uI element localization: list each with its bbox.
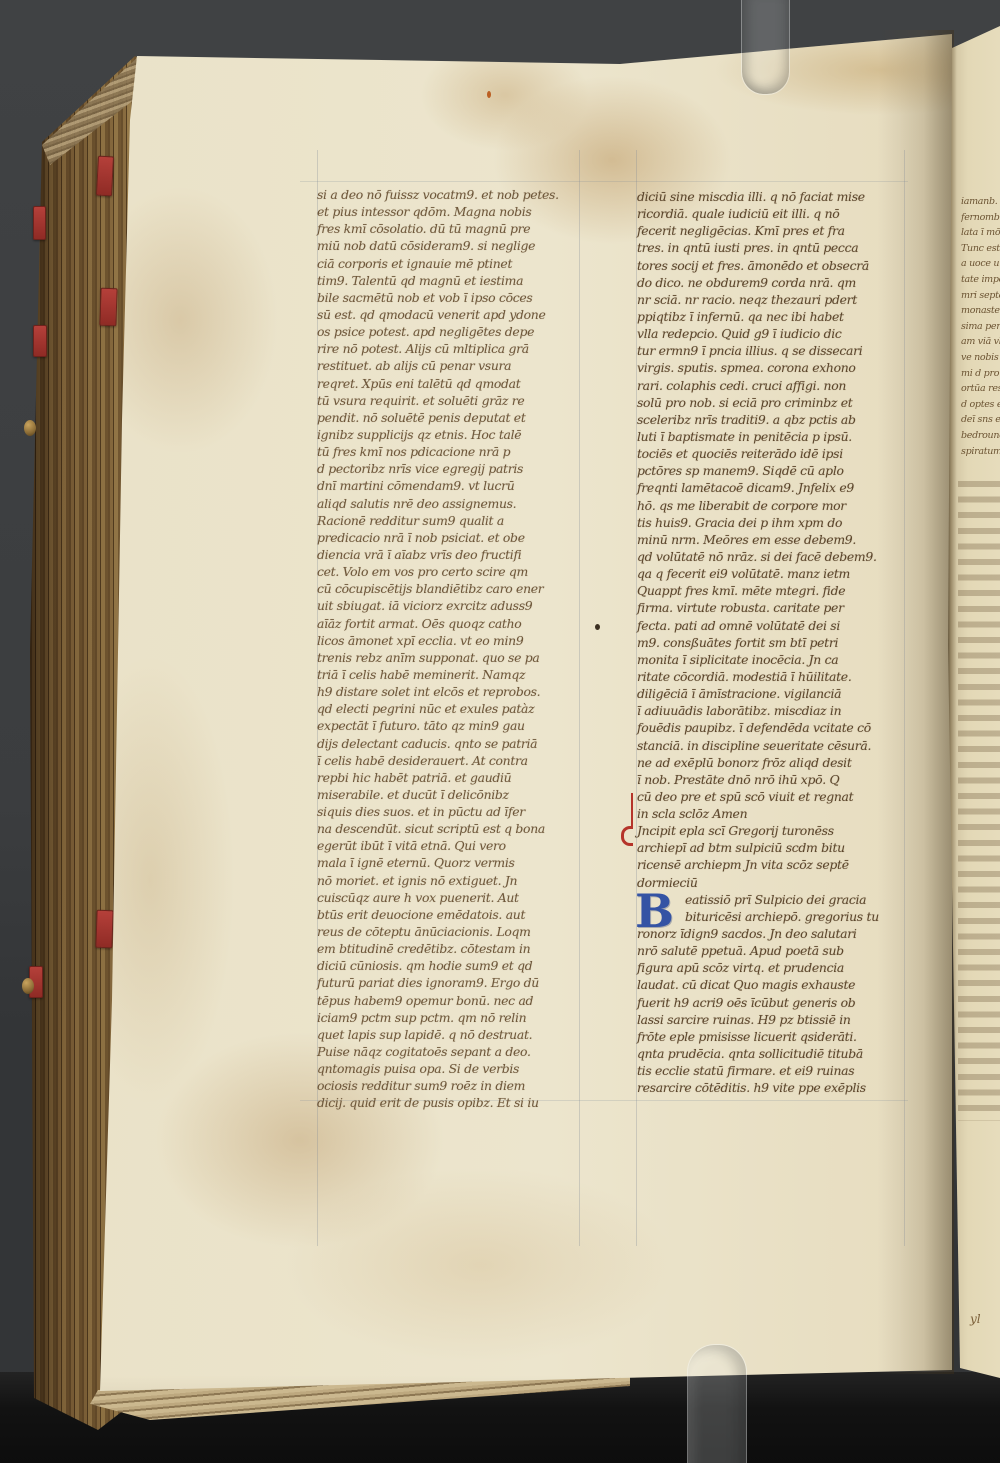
text-line: licos āmonet xpī ecclia. vt eo min9 [317,632,579,649]
text-line: tū fres kmī nos pdicacione nrā p [317,443,579,460]
text-line: diciū sine miscdia illi. q nō faciat mis… [637,188,907,205]
text-line: futurū pariat dies ignoram9. Ergo dū [317,974,579,991]
ink-speck [487,91,491,98]
text-line: lassi sarcire ruinas. H9 pz btissiē in [637,1011,907,1028]
text-line: tis ecclie statū firmare. et ei9 ruinas [637,1062,907,1079]
brass-clasp [24,420,36,436]
text-line: qa q fecerit ei9 volūtatē. manz ietm [637,565,907,582]
text-line: rari. colaphis cedi. cruci affigi. non [637,377,907,394]
right-column-body: diciū sine miscdia illi. q nō faciat mis… [637,188,907,822]
text-line: fernomb. h [961,210,1000,226]
text-line: fuerit h9 acri9 oēs īcūbut generis ob [637,994,907,1011]
text-line: na descendūt. sicut scriptū est q bona [317,820,579,837]
text-line: ignibz supplicijs qz etnis. Hoc talē [317,426,579,443]
paraph-mark-icon [621,826,633,846]
text-line: frōte eple pmisisse licuerit qsiderāti. [637,1028,907,1045]
text-line: iamanb. he [961,194,1000,210]
text-line: archiepī ad btm sulpiciū scdm bitu [637,839,907,856]
text-line: mala ī ignē eternū. Quorz vermis [317,854,579,871]
text-line: monasteriū [961,303,1000,319]
rubric-block: Jncipit epla scī Gregorij turonēssarchie… [637,822,907,891]
text-line: cet. Volo em vos pro certo scire qm [317,563,579,580]
text-line: et pius intessor qdōm. Magna nobis [317,203,579,220]
illuminated-initial: B [635,892,681,930]
text-line: tim9. Talentū qd magnū et iestima [317,272,579,289]
text-line: monita ī siplicitate inocēcia. Jn ca [637,651,907,668]
text-line: miū nob datū cōsideram9. si neglige [317,237,579,254]
text-line: predicacio nrā ī nob psiciat. et obe [317,529,579,546]
text-line: trenis rebz anīm supponat. quo se pa [317,649,579,666]
text-line: diligēciā ī āmīstracione. vigilanciā [637,685,907,702]
text-line: cuiscūqz aure h vox puenerit. Aut [317,889,579,906]
facing-page-text-fragments: iamanb. hefernomb. hlata ī mōniTunc est … [961,194,1000,459]
text-line: diciū cūniosis. qm hodie sum9 et qd [317,957,579,974]
text-line: repbi hic habēt patriā. et gaudiū [317,769,579,786]
text-line: dijs delectant caducis. qnto se patriā [317,735,579,752]
text-line: triā ī celis habē meminerit. Namqz [317,666,579,683]
bookmark-tab [95,910,113,949]
text-line: minū nrm. Meōres em esse debem9. [637,531,907,548]
text-line: lata ī mōni [961,225,1000,241]
incipit-block: B eatissiō prī Sulpicio dei graciabituri… [637,891,907,1097]
text-line: h9 distare solet int elcōs et reprobos. [317,683,579,700]
text-line: fecerit negligēcias. Kmī pres et fra [637,222,907,239]
text-line: ī celis habē desiderauert. At contra [317,752,579,769]
text-line: Puise nāqz cogitatoēs sepant a deo. [317,1043,579,1060]
text-line: do dico. ne obdurem9 corda nrā. qm [637,274,907,291]
text-line: deī sns est [961,412,1000,428]
marginal-scribble: yl [970,1312,981,1326]
text-line: uit sbiugat. iā viciorz exrcitz aduss9 [317,597,579,614]
right-text-column: diciū sine miscdia illi. q nō faciat mis… [637,188,907,1096]
text-line: dormieciū [637,874,907,891]
text-line: in scla sclōz Amen [637,805,907,822]
text-line: reus de cōteptu ānūciacionis. Loqm [317,923,579,940]
text-line: quet lapis sup lapidē. q nō destruat. [317,1026,579,1043]
text-line: qd volūtatē nō nrāz. si dei facē debem9. [637,548,907,565]
text-line: bile sacmētū nob et vob ī ipso cōces [317,289,579,306]
text-line: dnī martini cōmendam9. vt lucrū [317,477,579,494]
snake-weight-bottom[interactable] [687,1344,747,1463]
text-line: ne ad exēplū bonorz frōz aliqd desit [637,754,907,771]
text-line: tur ermn9 ī pncia illius. q se dissecari [637,342,907,359]
text-line: d optes exp [961,397,1000,413]
text-line: sima perlec [961,319,1000,335]
text-line: aīāz fortit armat. Oēs quoqz catho [317,615,579,632]
text-line: expectāt ī futuro. tāto qz min9 gau [317,717,579,734]
text-line: firma. virtute robusta. caritate per [637,599,907,616]
text-line: qd electi pegrini nūc et exules patàz [317,700,579,717]
text-line: nr sciā. nr racio. neqz thezauri pdert [637,291,907,308]
text-line: laudat. cū dicat Quo magis exhauste [637,976,907,993]
text-line: os psice potest. apd negligētes depe [317,323,579,340]
text-line: tores socij et fres. āmonēdo et obsecrā [637,257,907,274]
text-line: Quappt fres kmī. mēte mtegri. fide [637,582,907,599]
text-line: tate imperii [961,272,1000,288]
wormhole-dot [595,624,600,630]
ruling-line-vertical [579,150,580,1246]
text-line: ricensē archiepm Jn vita scōz septē [637,856,907,873]
text-line: pctōres sp manem9. Siqdē cū aplo [637,462,907,479]
text-line: restituet. ab alijs cū penar vsura [317,357,579,374]
text-line: Tunc est eni [961,241,1000,257]
text-line: dicij. quid erit de pusis opibz. Et si i… [317,1094,579,1111]
text-line: tēpus habem9 opemur bonū. nec ad [317,992,579,1009]
facing-page-text-texture [958,481,1000,1121]
text-line: miserabile. et ducūt ī delicōnibz [317,786,579,803]
bookmark-tab [96,156,114,197]
text-line: iciam9 pctm sup pctm. qm nō relin [317,1009,579,1026]
text-line: Jncipit epla scī Gregorij turonēss [637,822,907,839]
rubric-lines: Jncipit epla scī Gregorij turonēssarchie… [637,822,907,891]
left-text-column: si a deo nō fuissz vocatm9. et nob petes… [317,186,579,1112]
snake-weight-top[interactable] [741,0,790,95]
text-line: figura apū scōz virtq. et prudencia [637,959,907,976]
text-line: resarcire cōtēditis. h9 vite ppe exēplis [637,1079,907,1096]
text-line: cū deo pre et spū scō viuit et regnat [637,788,907,805]
brass-clasp [22,978,34,994]
text-line: ricordiā. quale iudiciū eit illi. q nō [637,205,907,222]
bookmark-tab [99,288,117,327]
text-line: fecta. pati ad omnē volūtatē dei si [637,617,907,634]
text-line: vlla redepcio. Quid g9 ī iudicio dic [637,325,907,342]
text-line: ritate cōcordiā. modestiā ī hūilitate. [637,668,907,685]
text-line: ī adiuuādis laborātibz. miscdiaz in [637,702,907,719]
text-line: egerūt ibūt ī vitā etnā. Qui vero [317,837,579,854]
text-line: rire nō potest. Alijs cū mltiplica grā [317,340,579,357]
text-line: mi d pro m [961,366,1000,382]
text-line: ciā corporis et ignauie mē ptinet [317,255,579,272]
text-line: mri septē to [961,288,1000,304]
text-line: virgis. sputis. spmea. corona exhono [637,359,907,376]
facing-page-edge: iamanb. hefernomb. hlata ī mōniTunc est … [948,26,1000,1378]
text-line: si a deo nō fuissz vocatm9. et nob petes… [317,186,579,203]
text-line: am viā vl [961,334,1000,350]
text-line: stanciā. in discipline seueritate cēsurā… [637,737,907,754]
text-line: qnta prudēcia. qnta sollicitudiē titubā [637,1045,907,1062]
text-line: nrō salutē ppetuā. Apud poetā sub [637,942,907,959]
text-line: ociosis redditur sum9 roēz in diem [317,1077,579,1094]
text-line: pendit. nō soluētē penis deputat et [317,409,579,426]
text-line: ī nob. Prestāte dnō nrō ihū xpō. Q [637,771,907,788]
bookmark-tab [33,206,46,240]
text-line: sū est. qd qmodacū venerit apd ydone [317,306,579,323]
text-line: nō moriet. et ignis nō extiguet. Jn [317,872,579,889]
text-line: Racionē redditur sum9 qualit a [317,512,579,529]
ruling-line-horizontal [300,181,908,182]
text-line: reqret. Xpūs eni talētū qd qmodat [317,375,579,392]
text-line: btūs erit deuocione emēdatois. aut [317,906,579,923]
text-line: ppiqtibz ī infernū. qa nec ibi habet [637,308,907,325]
text-line: qntomagis puisa opa. Si de verbis [317,1060,579,1077]
text-line: siquis dies suos. et in pūctu ad īfer [317,803,579,820]
text-line: freqnti lamētacoē dicam9. Jnfelix e9 [637,479,907,496]
text-line: hō. qs me liberabit de corpore mor [637,497,907,514]
text-line: ve nobis t [961,350,1000,366]
text-line: aliqd salutis nrē deo assignemus. [317,495,579,512]
text-line: luti ī baptismate in penitēcia p ipsū. [637,428,907,445]
text-line: fres kmī cōsolatio. dū tū magnū pre [317,220,579,237]
bookmark-tab [33,325,47,357]
text-line: a uoce uni s [961,256,1000,272]
text-line: m9. consßuātes fortit sm btī petri [637,634,907,651]
text-line: cū cōcupiscētijs blandiētibz caro ener [317,580,579,597]
text-line: diencia vrā ī aīabz vrīs deo fructifi [317,546,579,563]
text-line: tū vsura requirit. et soluēti grāz re [317,392,579,409]
manuscript-photo: si a deo nō fuissz vocatm9. et nob petes… [0,0,1000,1463]
text-line: tis huis9. Gracia dei p ihm xpm do [637,514,907,531]
text-line: ortūa resp [961,381,1000,397]
text-line: em btitudinē credētibz. cōtestam in [317,940,579,957]
text-line: fouēdis paupibz. ī defendēda vcitate cō [637,719,907,736]
text-line: spiratum. co [961,444,1000,460]
text-line: d pectoribz nrīs vice egregij patris [317,460,579,477]
text-line: tociēs et quociēs reiterādo idē ipsi [637,445,907,462]
text-line: bedroune pe [961,428,1000,444]
text-line: solū pro nob. si eciā pro criminbz et [637,394,907,411]
text-line: sceleribz nrīs traditi9. a qbz pctis ab [637,411,907,428]
text-line: tres. in qntū iusti pres. in qntū pecca [637,239,907,256]
